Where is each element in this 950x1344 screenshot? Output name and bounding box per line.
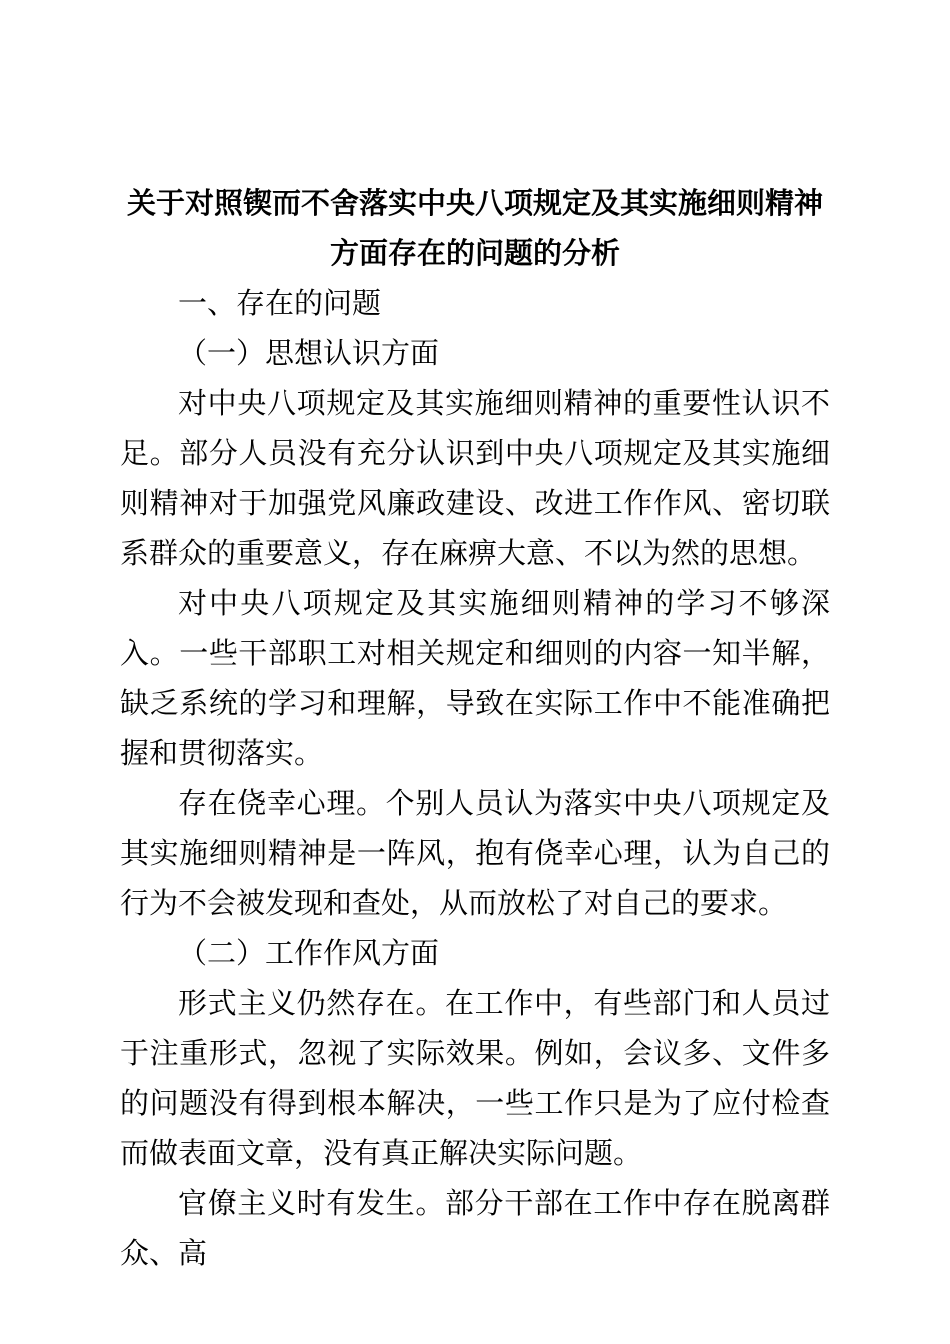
document-title: 关于对照锲而不舍落实中央八项规定及其实施细则精神方面存在的问题的分析 [120,179,830,279]
paragraph: 对中央八项规定及其实施细则精神的学习不够深入。一些干部职工对相关规定和细则的内容… [120,579,830,779]
paragraph: 对中央八项规定及其实施细则精神的重要性认识不足。部分人员没有充分认识到中央八项规… [120,379,830,579]
document-body: 关于对照锲而不舍落实中央八项规定及其实施细则精神方面存在的问题的分析 一、存在的… [120,179,830,1279]
document-page: 关于对照锲而不舍落实中央八项规定及其实施细则精神方面存在的问题的分析 一、存在的… [0,0,950,1344]
paragraph: 存在侥幸心理。个别人员认为落实中央八项规定及其实施细则精神是一阵风，抱有侥幸心理… [120,779,830,929]
section-heading: 一、存在的问题 [120,279,830,329]
section-heading: （一）思想认识方面 [120,329,830,379]
document-blocks: 一、存在的问题（一）思想认识方面对中央八项规定及其实施细则精神的重要性认识不足。… [120,279,830,1279]
section-heading: （二）工作作风方面 [120,929,830,979]
paragraph: 官僚主义时有发生。部分干部在工作中存在脱离群众、高 [120,1179,830,1279]
paragraph: 形式主义仍然存在。在工作中，有些部门和人员过于注重形式，忽视了实际效果。例如，会… [120,979,830,1179]
